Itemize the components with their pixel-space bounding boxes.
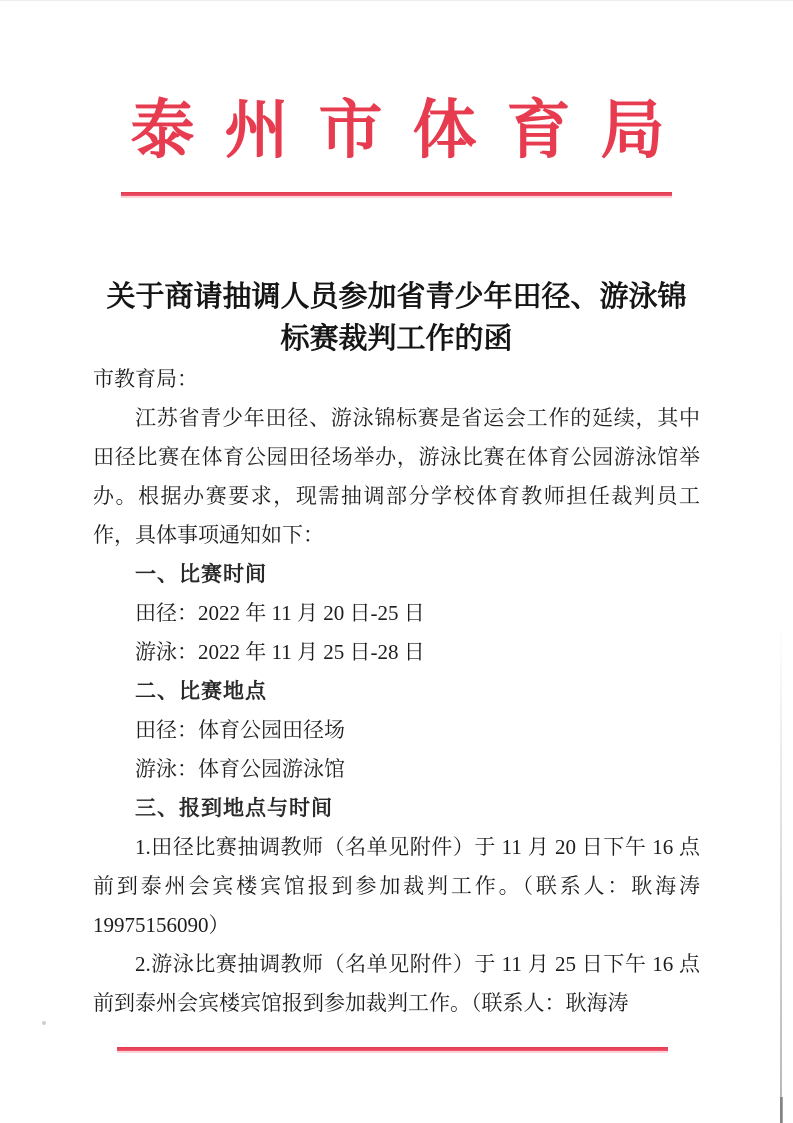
section-2-line-athletics-venue: 田径：体育公园田径场 [93,711,700,750]
letterhead-divider-line [121,192,672,196]
salutation: 市教育局： [93,360,700,399]
scan-edge-tick-artifact [780,1097,783,1123]
section-1-line-athletics-dates: 田径：2022 年 11 月 20 日-25 日 [93,594,700,633]
section-2-heading: 二、比赛地点 [93,672,700,711]
document-body: 市教育局： 江苏省青少年田径、游泳锦标赛是省运会工作的延续，其中田径比赛在体育公… [93,360,700,1023]
document-page: 泰州市体育局 关于商请抽调人员参加省青少年田径、游泳锦 标赛裁判工作的函 市教育… [0,0,793,1123]
section-2-line-swimming-venue: 游泳：体育公园游泳馆 [93,750,700,789]
section-3-heading: 三、报到地点与时间 [93,789,700,828]
scan-speck-artifact [42,1021,46,1025]
document-title: 关于商请抽调人员参加省青少年田径、游泳锦 标赛裁判工作的函 [0,276,793,360]
section-3-paragraph-swimming-checkin: 2.游泳比赛抽调教师（名单见附件）于 11 月 25 日下午 16 点前到泰州会… [93,945,700,1023]
section-1-line-swimming-dates: 游泳：2022 年 11 月 25 日-28 日 [93,633,700,672]
scan-edge-artifact [780,621,782,1123]
intro-paragraph: 江苏省青少年田径、游泳锦标赛是省运会工作的延续，其中田径比赛在体育公园田径场举办… [93,399,700,555]
agency-letterhead: 泰州市体育局 [0,96,793,166]
document-title-line2: 标赛裁判工作的函 [0,318,793,360]
document-title-line1: 关于商请抽调人员参加省青少年田径、游泳锦 [0,276,793,318]
section-1-heading: 一、比赛时间 [93,555,700,594]
section-3-paragraph-athletics-checkin: 1.田径比赛抽调教师（名单见附件）于 11 月 20 日下午 16 点前到泰州会… [93,828,700,945]
footer-divider-line [117,1047,668,1051]
